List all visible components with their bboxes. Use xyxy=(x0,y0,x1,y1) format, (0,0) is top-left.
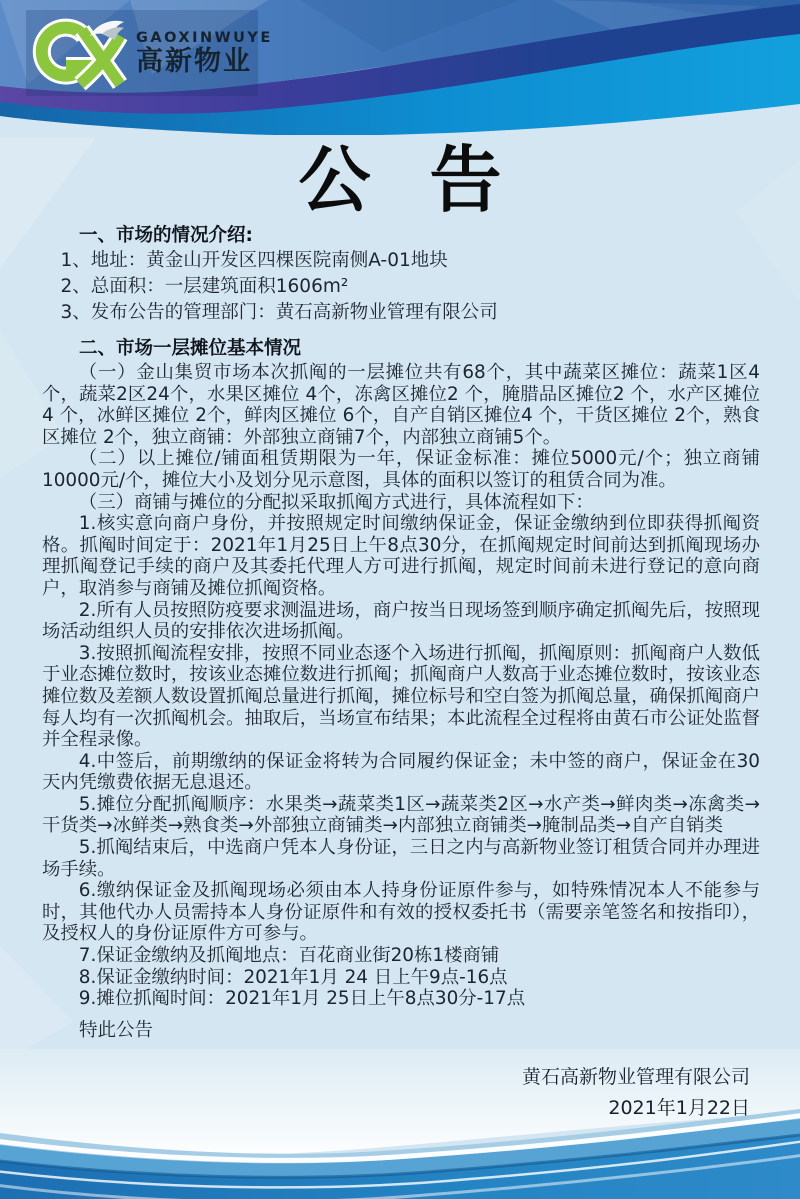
notice-paragraph: （一）金山集贸市场本次抓阄的一层摊位共有68个，其中蔬菜区摊位：蔬菜1区4个，蔬… xyxy=(42,362,760,448)
logo-text-cn: 高新物业 xyxy=(136,48,273,75)
section2-paragraphs: （一）金山集贸市场本次抓阄的一层摊位共有68个，其中蔬菜区摊位：蔬菜1区4个，蔬… xyxy=(42,362,760,1010)
company-logo: GAOXINWUYE 高新物业 xyxy=(26,10,258,96)
notice-paragraph: （三）商铺与摊位的分配拟采取抓阄方式进行，具体流程如下： xyxy=(42,492,760,514)
signature-block: 黄石高新物业管理有限公司 2021年1月22日 xyxy=(522,1066,750,1119)
notice-paragraph: 5.抓阄结束后，中选商户凭本人身份证，三日之内与高新物业签订租赁合同并办理进场手… xyxy=(42,837,760,880)
notice-paragraph: 8.保证金缴纳时间：2021年1月 24 日上午9点-16点 xyxy=(42,967,760,989)
notice-title: 公 告 xyxy=(42,139,760,221)
section1-item: 1、地址：黄金山开发区四棵医院南侧A-01地块 xyxy=(42,248,760,274)
header-banner: GAOXINWUYE 高新物业 xyxy=(0,0,800,135)
notice-paragraph: 2.所有人员按照防疫要求测温进场，商户按当日现场签到顺序确定抓阄先后，按照现场活… xyxy=(42,600,760,643)
section1-item: 2、总面积：一层建筑面积1606m² xyxy=(42,274,760,300)
notice-paragraph: 4.中签后，前期缴纳的保证金将转为合同履约保证金；未中签的商户，保证金在30天内… xyxy=(42,751,760,794)
notice-paragraph: 9.摊位抓阄时间：2021年1月 25日上午8点30分-17点 xyxy=(42,988,760,1010)
section1-heading: 一、市场的情况介绍: xyxy=(42,223,760,248)
gaoxin-logo-icon xyxy=(32,14,128,92)
notice-paragraph: 1.核实意向商户身份，并按照规定时间缴纳保证金，保证金缴纳到位即获得抓阄资格。抓… xyxy=(42,513,760,599)
notice-paragraph: （二）以上摊位/铺面租赁期限为一年，保证金标准：摊位5000元/个；独立商铺10… xyxy=(42,448,760,491)
logo-text-en: GAOXINWUYE xyxy=(136,31,273,46)
notice-paragraph: 5.摊位分配抓阄顺序：水果类→蔬菜类1区→蔬菜类2区→水产类→鲜肉类→冻禽类→干… xyxy=(42,794,760,837)
section2-heading: 二、市场一层摊位基本情况 xyxy=(42,338,760,360)
notice-poster: GAOXINWUYE 高新物业 公 告 一、市场的情况介绍: 1、地址：黄金山开… xyxy=(0,0,800,1199)
signature-date: 2021年1月22日 xyxy=(522,1097,750,1119)
signature-company: 黄石高新物业管理有限公司 xyxy=(522,1066,750,1088)
section1-item: 3、发布公告的管理部门：黄石高新物业管理有限公司 xyxy=(42,300,760,326)
closing-statement: 特此公告 xyxy=(42,1020,760,1042)
notice-paragraph: 7.保证金缴纳及抓阄地点：百花商业街20栋1楼商铺 xyxy=(42,945,760,967)
section1-items: 1、地址：黄金山开发区四棵医院南侧A-01地块 2、总面积：一层建筑面积1606… xyxy=(42,248,760,326)
notice-paragraph: 6.缴纳保证金及抓阄现场必须由本人持身份证原件参与，如特殊情况本人不能参与时，其… xyxy=(42,880,760,945)
notice-paragraph: 3.按照抓阄流程安排，按照不同业态逐个入场进行抓阄，抓阄原则：抓阄商户人数低于业… xyxy=(42,643,760,751)
notice-body: 公 告 一、市场的情况介绍: 1、地址：黄金山开发区四棵医院南侧A-01地块 2… xyxy=(42,135,760,1042)
